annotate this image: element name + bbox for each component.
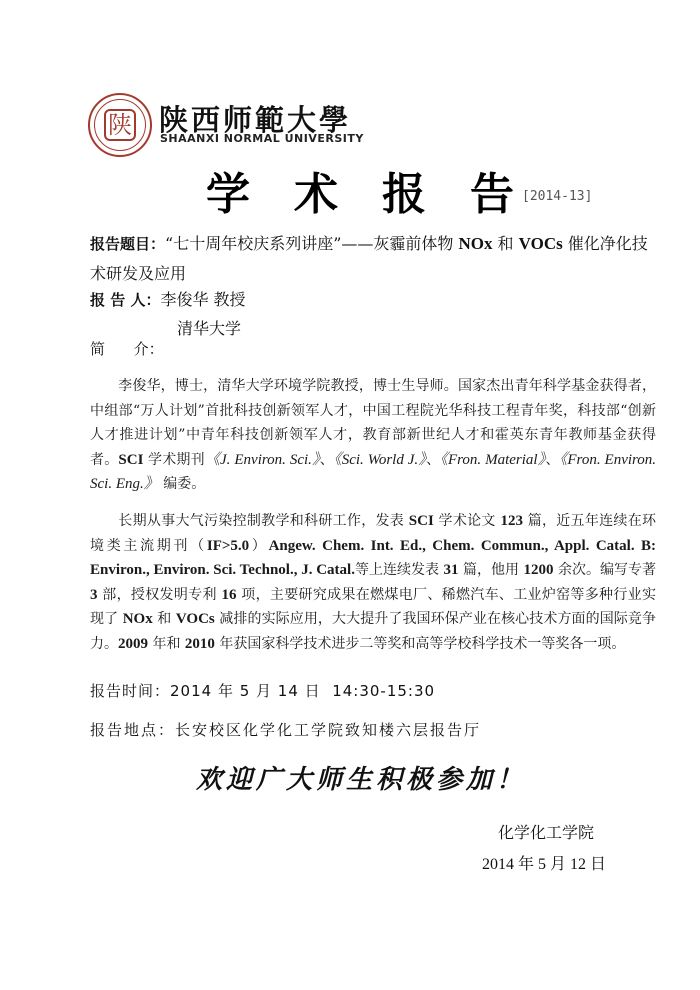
place-label: 报告地点： [90, 721, 175, 739]
speaker-row: 报 告 人：李俊华 教授 [90, 288, 246, 312]
journal-1: 《J. Environ. Sci.》 [205, 452, 320, 468]
p2-year-1: 2009 [118, 636, 148, 652]
document-number: [2014-13] [522, 189, 592, 204]
report-time: 报告时间：2014 年 5 月 14 日 14:30-15:30 [90, 680, 435, 701]
time-value: 2014 年 5 月 14 日 14:30-15:30 [170, 682, 435, 700]
p2-impact-factor: IF>5.0 [207, 538, 249, 554]
topic-label: 报告题目： [90, 235, 165, 253]
speaker-label: 报 告 人： [90, 291, 160, 309]
intro-label: 简 介： [90, 338, 164, 359]
welcome-message: 欢迎广大师生积极参加！ [196, 759, 526, 796]
report-topic: 报告题目：“七十周年校庆系列讲座”——灰霾前体物 NOx 和 VOCs 催化净化… [90, 229, 650, 289]
sep: 、 [426, 452, 440, 468]
bio-p1-sci: SCI [118, 452, 143, 468]
university-seal-icon: 陕 [94, 99, 146, 151]
document-title: 学术报告 [206, 158, 558, 222]
p2-text: 年和 [148, 636, 185, 652]
topic-text-part1: “七十周年校庆系列讲座”——灰霾前体物 [165, 234, 458, 253]
signature-date: 2014 年 5 月 12 日 [482, 851, 606, 874]
p2-text: 部，授权发明专利 [98, 587, 222, 603]
sep: 、 [320, 452, 334, 468]
p2-text: 余次。编写专著 [553, 562, 656, 578]
speaker-name: 李俊华 教授 [160, 290, 245, 309]
report-place: 报告地点：长安校区化学化工学院致知楼六层报告厅 [90, 719, 481, 740]
p2-sci: SCI [409, 513, 434, 529]
university-name-en: SHAANXI NORMAL UNIVERSITY [160, 132, 364, 145]
p2-citations: 1200 [523, 562, 553, 578]
topic-vocs: VOCs [519, 234, 563, 253]
p2-vocs: VOCs [176, 611, 215, 627]
topic-nox: NOx [458, 234, 492, 253]
time-label: 报告时间： [90, 682, 170, 700]
bio-paragraph-1: 李俊华，博士，清华大学环境学院教授，博士生导师。国家杰出青年科学基金获得者，中组… [90, 374, 656, 497]
p2-text: ） [249, 538, 268, 554]
p2-year-2: 2010 [185, 636, 215, 652]
bio-paragraph-2: 长期从事大气污染控制教学和科研工作，发表 SCI 学术论文 123 篇，近五年连… [90, 509, 656, 656]
university-seal-logo: 陕 [88, 93, 152, 157]
sep: 、 [546, 452, 560, 468]
bio-p1-text3: 编委。 [159, 476, 205, 492]
signature-organization: 化学化工学院 [498, 820, 594, 843]
journal-2: 《Sci. World J.》 [334, 452, 426, 468]
bio-p1-text2: 学术期刊 [143, 452, 204, 468]
p2-nox: NOx [123, 611, 153, 627]
p2-text: 长期从事大气污染控制教学和科研工作，发表 [118, 513, 409, 529]
p2-text: 篇，他用 [459, 562, 524, 578]
speaker-affiliation: 清华大学 [177, 316, 241, 339]
place-value: 长安校区化学化工学院致知楼六层报告厅 [175, 721, 481, 739]
seal-glyph: 陕 [104, 109, 136, 141]
p2-text: 年获国家科学技术进步二等奖和高等学校科学技术一等奖各一项。 [215, 636, 625, 652]
p2-patents: 16 [222, 587, 237, 603]
p2-paper-count: 123 [500, 513, 523, 529]
p2-text: 学术论文 [434, 513, 501, 529]
p2-books: 3 [90, 587, 98, 603]
p2-count: 31 [444, 562, 459, 578]
topic-and: 和 [492, 234, 518, 253]
p2-text: 和 [153, 611, 176, 627]
journal-3: 《Fron. Material》 [440, 452, 545, 468]
p2-text: 等上连续发表 [355, 562, 444, 578]
